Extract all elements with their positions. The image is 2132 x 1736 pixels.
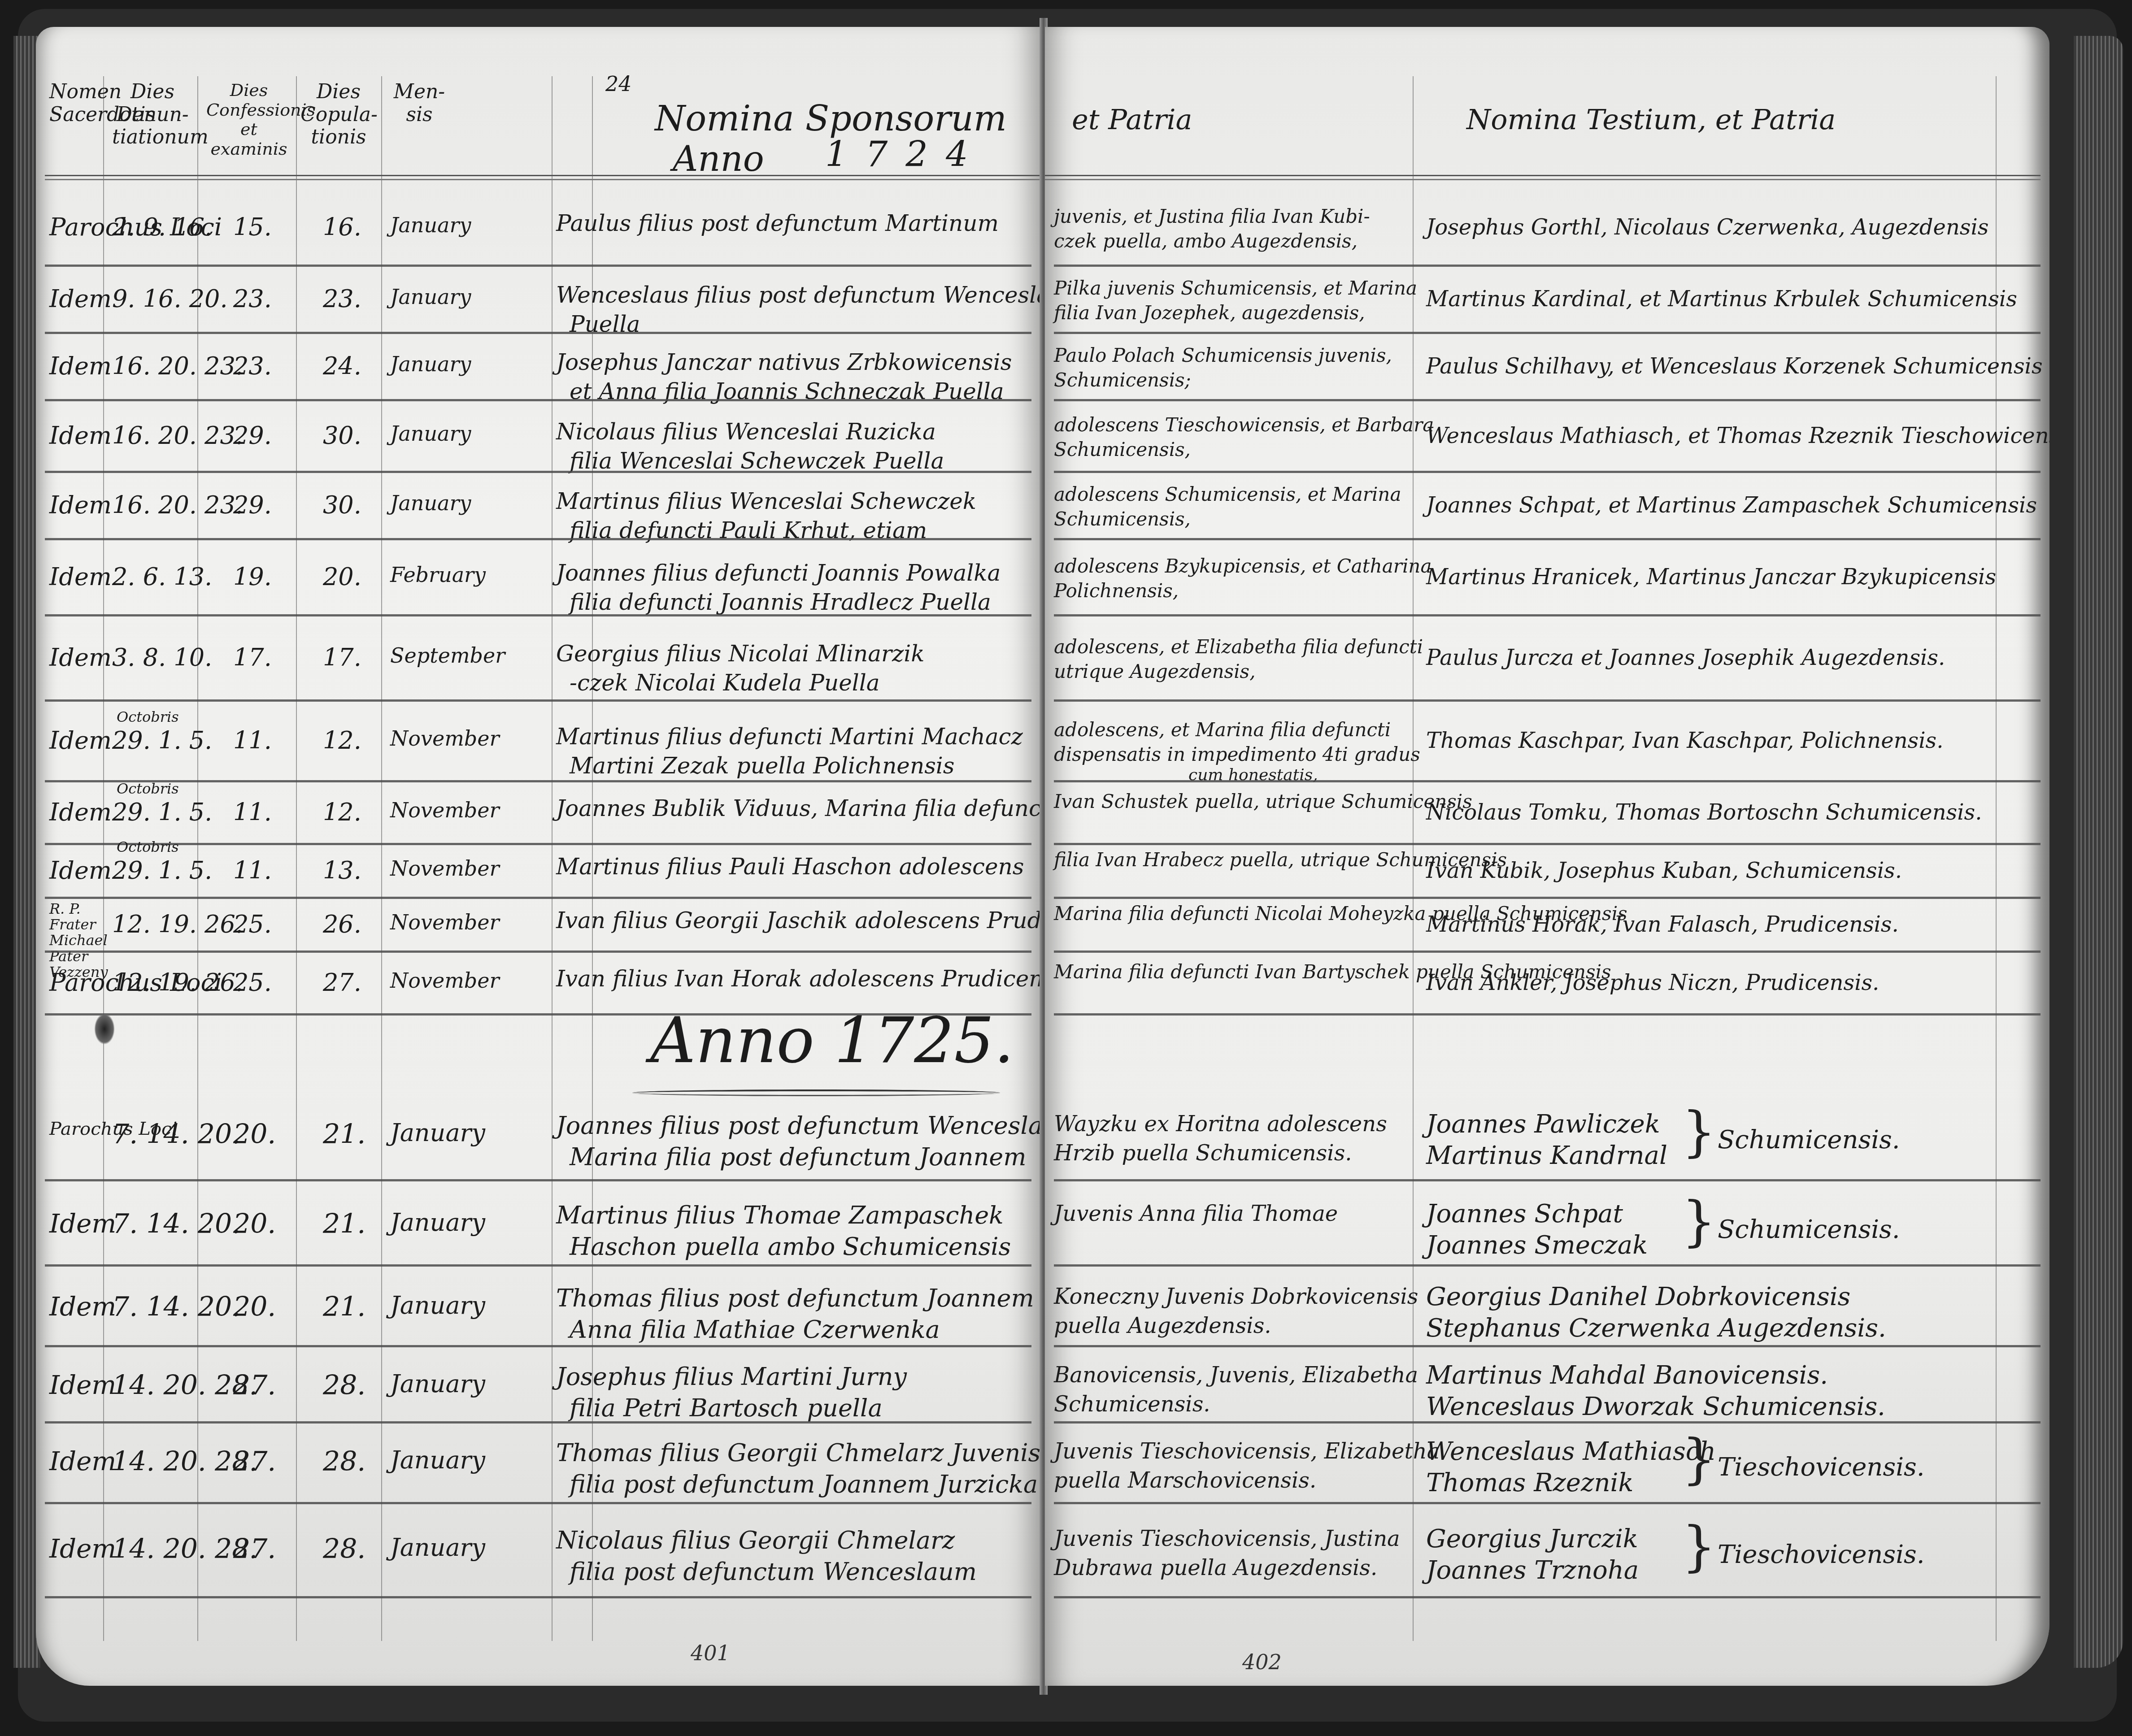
sponsi-line-1: Thomas filius Georgii Chmelarz Juvenis [556,1437,1040,1470]
header-rule [45,175,1040,180]
testes-cell: Wenceslaus Mathiasch, et Thomas Rzeznik … [1426,421,2049,451]
sponsi-continuation-2: puella Marschovicensis. [1054,1466,1316,1495]
anno-label: Anno [673,139,764,179]
sponsi-line-1: Martinus filius defuncti Martini Machacz [556,722,1023,752]
sacerdos-cell: Idem [49,285,112,313]
denuntiationes-month-note: Octobris [117,708,179,725]
sacerdos-cell: Idem [49,1208,116,1239]
testes-line-2: Stephanus Czerwenka Augezdensis. [1426,1311,1886,1345]
testes-cell: Ivan Ankler, Josephus Niczn, Prudicensis… [1426,968,1879,998]
confessio-cell: 20. [233,1119,276,1150]
sponsi-continuation-3: cum honestatis, [1188,764,1318,786]
copulatio-cell: 26. [323,910,361,938]
year-heading-1725: Anno 1725. [650,1004,1014,1077]
testes-cell: Thomas Kaschpar, Ivan Kaschpar, Polichne… [1426,726,1943,755]
denuntiationes-cell: 7. 14. 20. [112,1119,240,1150]
sponsi-continuation-1: Banovicensis, Juvenis, Elizabetha [1054,1361,1418,1390]
mensis-cell: January [390,1119,485,1147]
sponsi-continuation-2: utrique Augezdensis, [1054,659,1256,685]
row-divider [45,1264,1031,1267]
denuntiationes-cell: 29. 1. 5. [112,856,212,885]
sponsi-continuation-1: juvenis, et Justina filia Ivan Kubi- [1054,204,1370,230]
copulatio-cell: 13. [323,856,361,885]
sponsi-continuation-2: Schumicensis; [1054,368,1191,393]
confessio-cell: 25. [233,910,272,938]
confessio-cell: 25. [233,968,272,997]
sponsi-line-2: filia post defunctum Joannem Jurzicka [570,1468,1038,1501]
header-denuntiationes: Dies Denun-tiationum [112,81,193,149]
sponsi-line-1: Ivan filius Georgii Jaschik adolescens P… [556,906,1040,936]
testes-cell: Joannes Schpat, et Martinus Zampaschek S… [1426,491,2037,520]
testes-cell: Martinus Hranicek, Martinus Janczar Bzyk… [1426,563,1996,592]
sponsi-line-2: Puella [570,309,640,340]
testes-line-2: Thomas Rzeznik [1426,1466,1633,1500]
sponsi-line-2: et Anna filia Joannis Schneczak Puella [570,377,1004,407]
copulatio-cell: 28. [323,1446,365,1477]
header-mensis: Men-sis [386,81,453,126]
row-divider [1054,780,2041,782]
sponsi-line-1: Martinus filius Wenceslai Schewczek [556,486,976,517]
confessio-cell: 23. [233,352,272,380]
denuntiationes-cell: 9. 16. 20. [112,285,228,313]
confessio-cell: 29. [233,421,272,450]
mensis-cell: January [390,421,471,446]
sponsi-continuation-1: Wayzku ex Horitna adolescens [1054,1110,1387,1139]
mensis-cell: January [390,1446,485,1474]
copulatio-cell: 28. [323,1533,365,1565]
row-divider [1054,1264,2041,1267]
sponsi-line-1: Josephus filius Martini Jurny [556,1361,907,1393]
testes-cell: Ivan Kubik, Josephus Kuban, Schumicensis… [1426,856,1902,885]
sacerdos-cell: Idem [49,421,112,450]
sponsi-continuation-1: Juvenis Anna filia Thomae [1054,1199,1338,1228]
testes-cell: Paulus Schilhavy, et Wenceslaus Korzenek… [1426,352,2043,381]
sponsi-line-1: Josephus Janczar nativus Zrbkowicensis [556,347,1012,378]
sacerdos-cell: Idem [49,563,112,591]
denuntiationes-cell: 29. 1. 5. [112,726,212,755]
sponsi-continuation-2: Hrzib puella Schumicensis. [1054,1139,1352,1168]
row-divider [1054,1013,2041,1016]
confessio-cell: 11. [233,856,272,885]
year-underline [632,1089,1000,1096]
sponsi-line-1: Ivan filius Ivan Horak adolescens Prudic… [556,964,1040,994]
row-divider [45,1345,1031,1347]
header-copulatio: Dies Copula-tionis [300,81,377,149]
copulatio-cell: 21. [323,1208,365,1240]
year-1724: 1724 [825,135,986,175]
row-divider [45,1421,1031,1424]
copulatio-cell: 21. [323,1291,365,1323]
testes-line-2: Martinus Kandrnal [1426,1139,1667,1173]
denuntiationes-cell: 7. 14. 20. [112,1291,240,1323]
sponsi-continuation-1: adolescens Tieschowicensis, et Barbara [1054,412,1434,438]
row-divider [1054,1596,2041,1598]
sacerdos-cell: Idem [49,1291,116,1322]
sponsi-line-2: filia post defunctum Wenceslaum [570,1556,977,1588]
copulatio-cell: 21. [323,1119,365,1150]
sponsi-line-1: Nicolaus filius Wenceslai Ruzicka [556,417,936,447]
sponsi-line-1: Paulus filius post defunctum Martinum [556,208,999,239]
row-divider [45,1502,1031,1504]
testes-line-1: Joannes Pawliczek [1426,1107,1660,1141]
row-divider [45,897,1031,899]
sponsi-line-1: Joannes filius defuncti Joannis Powalka [556,558,1001,589]
row-divider [45,843,1031,845]
right-page: et Patria Nomina Testium, et Patria juve… [1045,27,2049,1686]
testes-line-1: Wenceslaus Mathiasch [1426,1435,1716,1469]
ink-blot [94,1013,115,1045]
brace-mark: } [1682,1195,1716,1249]
testes-cell: Nicolaus Tomku, Thomas Bortoschn Schumic… [1426,798,1982,827]
denuntiationes-cell: 29. 1. 5. [112,798,212,826]
copulatio-cell: 30. [323,421,361,450]
sponsi-continuation-2: Dubrawa puella Augezdensis. [1054,1554,1377,1583]
row-divider [45,950,1031,953]
copulatio-cell: 20. [323,563,361,591]
denuntiationes-cell: 16. 20. 23. [112,491,243,519]
row-divider [1054,950,2041,953]
row-divider [45,538,1031,540]
confessio-cell: 17. [233,643,272,672]
mensis-cell: November [390,856,499,881]
sponsi-line-2: filia Petri Bartosch puella [570,1392,883,1425]
header-testes: Nomina Testium, et Patria [1466,103,1836,136]
testes-line-1: Martinus Mahdal Banovicensis. [1426,1358,1828,1393]
mensis-cell: January [390,491,471,515]
sponsi-line-1: Nicolaus filius Georgii Chmelarz [556,1524,955,1557]
copulatio-cell: 24. [323,352,361,380]
mensis-cell: February [390,563,486,587]
row-divider [1054,399,2041,401]
row-divider [1054,265,2041,267]
confessio-cell: 27. [233,1446,276,1477]
confessio-cell: 27. [233,1533,276,1565]
testes-line-2: Joannes Smeczak [1426,1228,1648,1263]
row-divider [1054,614,2041,616]
testes-cell: Paulus Jurcza et Joannes Josephik Augezd… [1426,643,1945,673]
mensis-cell: January [390,213,471,237]
sponsi-line-1: Wenceslaus filius post defunctum Wencesl… [556,280,1040,311]
sacerdos-cell: Idem [49,1446,116,1476]
testes-cell: Martinus Kardinal, et Martinus Krbulek S… [1426,285,2017,314]
row-divider [1054,699,2041,702]
sponsi-line-1: Georgius filius Nicolai Mlinarzik [556,639,925,669]
sponsi-line-2: Haschon puella ambo Schumicensis [570,1231,1011,1263]
sacerdos-cell: Idem [49,491,112,519]
testes-patria: Schumicensis. [1718,1123,1900,1157]
mensis-cell: January [390,1370,485,1398]
copulatio-cell: 30. [323,491,361,519]
copulatio-cell: 12. [323,798,361,826]
header-confessio: Dies Confessionis et examinis [206,81,292,159]
sacerdos-cell: Idem [49,352,112,380]
book-edge-right [2074,36,2123,1668]
sponsi-continuation-1: adolescens, et Elizabetha filia defuncti [1054,634,1423,660]
confessio-cell: 23. [233,285,272,313]
sponsi-continuation-2: Polichnensis, [1054,578,1179,604]
copulatio-cell: 28. [323,1370,365,1401]
brace-mark: } [1682,1432,1716,1486]
mensis-cell: January [390,285,471,309]
denuntiationes-cell: 12. 19. 26. [112,910,243,938]
row-divider [45,332,1031,334]
sponsi-continuation-1: Pilka juvenis Schumicensis, et Marina [1054,276,1417,301]
page-number-right: 402 [1242,1650,1282,1674]
sponsi-continuation-1: Juvenis Tieschovicensis, Justina [1054,1524,1400,1554]
testes-patria: Tieschovicensis. [1718,1450,1925,1484]
denuntiationes-cell: 12. 19. 26. [112,968,243,997]
sponsi-line-2: -czek Nicolai Kudela Puella [570,668,880,699]
left-page: Nomen Sacerdotis Dies Denun-tiationum Di… [36,27,1040,1686]
sponsi-continuation-1: adolescens Schumicensis, et Marina [1054,482,1401,508]
sponsi-line-2: filia defuncti Joannis Hradlecz Puella [570,587,991,618]
row-divider [1054,843,2041,845]
copulatio-cell: 23. [323,285,361,313]
sponsi-continuation-2: czek puella, ambo Augezdensis, [1054,229,1358,254]
mensis-cell: January [390,1533,485,1562]
confessio-cell: 27. [233,1370,276,1401]
brace-mark: } [1682,1105,1716,1159]
confessio-cell: 20. [233,1208,276,1240]
header-sacerdos: Nomen Sacerdotis [49,81,108,126]
sacerdos-cell: Idem [49,1370,116,1400]
denuntiationes-cell: 3. 8. 10. [112,643,212,672]
sponsi-continuation-1: Paulo Polach Schumicensis juvenis, [1054,343,1392,369]
testes-line-1: Joannes Schpat [1426,1197,1623,1231]
sacerdos-cell: Idem [49,1533,116,1564]
row-divider [1054,1421,2041,1424]
confessio-cell: 11. [233,726,272,755]
sponsi-continuation-2: Schumicensis, [1054,437,1191,463]
column-rule [296,76,297,1641]
sacerdos-cell: Idem [49,643,112,672]
mensis-cell: November [390,910,499,934]
sacerdos-cell: Idem [49,726,112,755]
sponsi-line-1: Martinus filius Pauli Haschon adolescens [556,852,1024,882]
denuntiationes-cell: 2. 6. 13. [112,563,212,591]
sacerdos-cell: Idem [49,798,112,826]
mensis-cell: November [390,726,499,751]
sponsi-line-1: Joannes filius post defunctum Wenceslaum [556,1110,1040,1142]
row-divider [45,1179,1031,1181]
sponsi-continuation-2: Schumicensis, [1054,507,1191,532]
denuntiationes-cell: 16. 20. 23. [112,421,243,450]
row-divider [1054,538,2041,540]
sponsi-line-2: Marina filia post defunctum Joannem [570,1141,1027,1174]
sponsi-continuation-1: adolescens, et Marina filia defuncti [1054,717,1391,743]
row-divider [45,780,1031,782]
row-divider [45,265,1031,267]
denuntiationes-month-note: Octobris [117,780,179,797]
page-number-left: 401 [691,1641,730,1665]
brace-mark: } [1682,1520,1716,1574]
mensis-cell: November [390,798,499,822]
sponsi-line-2: Anna filia Mathiae Czerwenka [570,1314,940,1346]
testes-line-1: Georgius Danihel Dobrkovicensis [1426,1280,1850,1314]
row-divider [1054,1179,2041,1181]
row-divider [1054,1502,2041,1504]
mensis-cell: September [390,643,505,668]
denuntiationes-cell: 2. 9. 16. [112,213,212,241]
sponsi-line-1: Joannes Bublik Viduus, Marina filia defu… [556,794,1040,824]
testes-line-2: Joannes Trznoha [1426,1554,1639,1588]
row-divider [45,1596,1031,1598]
confessio-cell: 11. [233,798,272,826]
sponsi-continuation-1: Ivan Schustek puella, utrique Schumicens… [1054,789,1472,815]
mensis-cell: January [390,1291,485,1319]
copulatio-cell: 27. [323,968,361,997]
testes-line-2: Wenceslaus Dworzak Schumicensis. [1426,1390,1885,1424]
denuntiationes-month-note: Octobris [117,838,179,855]
sponsi-line-2: filia defuncti Pauli Krhut, etiam [570,516,927,546]
row-divider [45,399,1031,401]
testes-cell: Martinus Horak, Ivan Falasch, Prudicensi… [1426,910,1899,939]
sponsi-line-2: Martini Zezak puella Polichnensis [570,751,954,781]
sponsi-continuation-2: dispensatis in impedimento 4ti gradus [1054,742,1420,768]
column-rule [552,76,553,1641]
sponsi-continuation-1: Koneczny Juvenis Dobrkovicensis [1054,1282,1418,1311]
mensis-cell: November [390,968,499,993]
confessio-cell: 20. [233,1291,276,1323]
sponsi-line-1: Thomas filius post defunctum Joannem [556,1282,1034,1315]
confessio-cell: 19. [233,563,272,591]
denuntiationes-cell: 16. 20. 23. [112,352,243,380]
title-nomina-sponsorum: Nomina Sponsorum [655,99,1007,139]
testes-patria: Tieschovicensis. [1718,1538,1925,1572]
sponsi-continuation-2: filia Ivan Jozephek, augezdensis, [1054,300,1365,326]
copulatio-cell: 16. [323,213,361,241]
sponsi-continuation-2: puella Augezdensis. [1054,1311,1271,1341]
sponsi-continuation-1: Juvenis Tieschovicensis, Elizabetha [1054,1437,1440,1466]
sponsi-line-1: Martinus filius Thomae Zampaschek [556,1199,1004,1232]
copulatio-cell: 12. [323,726,361,755]
testes-patria: Schumicensis. [1718,1213,1900,1247]
testes-line-1: Georgius Jurczik [1426,1522,1638,1556]
testes-cell: Josephus Gorthl, Nicolaus Czerwenka, Aug… [1426,213,1988,242]
column-rule [381,76,382,1641]
row-divider [45,471,1031,473]
row-divider [1054,1345,2041,1347]
confessio-cell: 29. [233,491,272,519]
copulatio-cell: 17. [323,643,361,672]
sacerdos-cell: Idem [49,856,112,885]
mensis-cell: January [390,1208,485,1237]
header-rule [1045,175,2041,180]
title-et-patria: et Patria [1072,103,1192,136]
row-divider [1054,332,2041,334]
row-divider [1054,897,2041,899]
sponsi-continuation-2: Schumicensis. [1054,1390,1210,1419]
confessio-cell: 15. [233,213,272,241]
folio-mark: 24 [605,72,632,96]
sponsi-continuation-1: adolescens Bzykupicensis, et Catharina [1054,554,1431,579]
row-divider [45,614,1031,616]
mensis-cell: January [390,352,471,376]
row-divider [45,699,1031,702]
denuntiationes-cell: 7. 14. 20. [112,1208,240,1240]
row-divider [1054,471,2041,473]
